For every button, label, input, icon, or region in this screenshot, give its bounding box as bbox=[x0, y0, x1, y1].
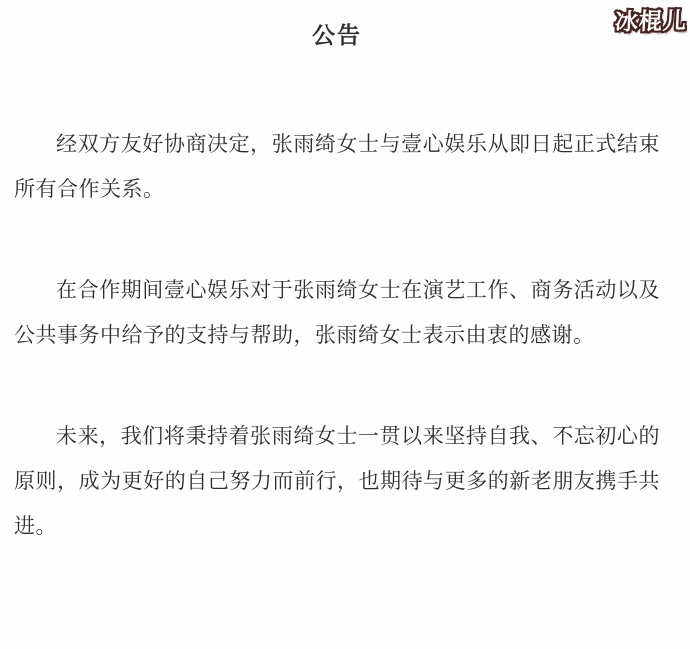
announcement-paragraph-3: 未来，我们将秉持着张雨绮女士一贯以来坚持自我、不忘初心的原则，成为更好的自己努力… bbox=[14, 414, 660, 549]
announcement-page: 冰棍儿 公告 经双方友好协商决定，张雨绮女士与壹心娱乐从即日起正式结束所有合作关… bbox=[0, 0, 690, 649]
announcement-paragraph-1: 经双方友好协商决定，张雨绮女士与壹心娱乐从即日起正式结束所有合作关系。 bbox=[14, 122, 660, 212]
announcement-paragraph-2: 在合作期间壹心娱乐对于张雨绮女士在演艺工作、商务活动以及公共事务中给予的支持与帮… bbox=[14, 268, 660, 358]
watermark-badge: 冰棍儿 bbox=[614, 2, 688, 36]
page-title: 公告 bbox=[14, 18, 660, 52]
